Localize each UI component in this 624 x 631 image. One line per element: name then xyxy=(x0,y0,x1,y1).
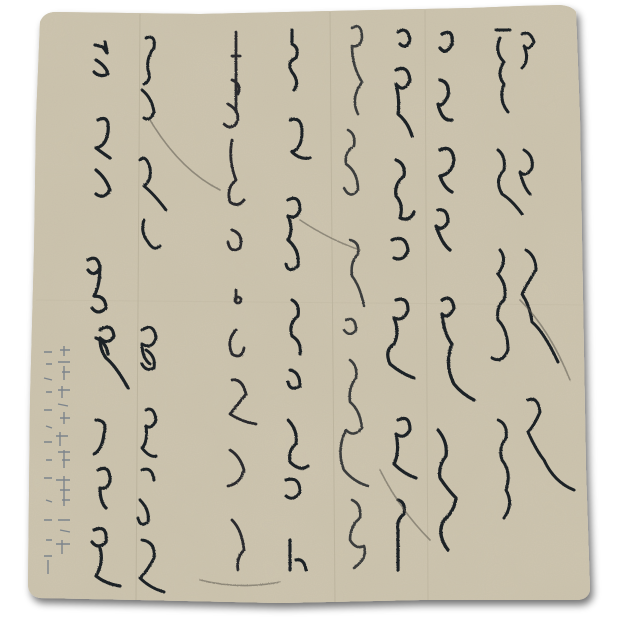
manuscript-illustration xyxy=(0,0,624,631)
manuscript-photo xyxy=(0,0,624,631)
